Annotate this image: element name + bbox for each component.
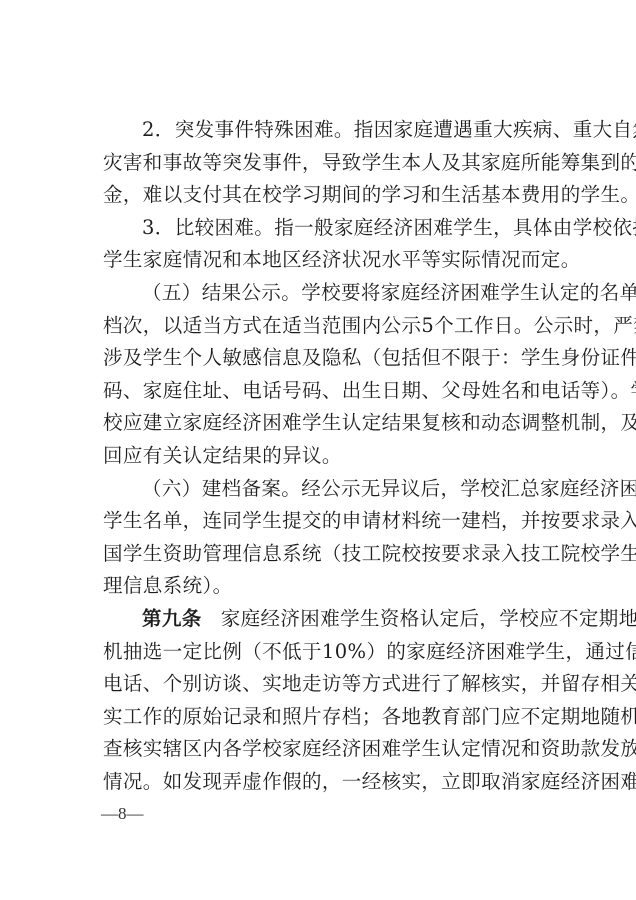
text-span: 家庭经济困难学生资格认定后，学校应不定期地随 bbox=[221, 607, 636, 630]
text-line: 2．突发事件特殊困难。指因家庭遭遇重大疾病、重大自然 bbox=[103, 114, 537, 147]
text-line: 3．比较困难。指一般家庭经济困难学生，具体由学校依据 bbox=[103, 212, 537, 245]
text-line: 校应建立家庭经济困难学生认定结果复核和动态调整机制，及时 bbox=[103, 407, 537, 440]
text-line: 涉及学生个人敏感信息及隐私（包括但不限于：学生身份证件号 bbox=[103, 342, 537, 375]
text-line: 码、家庭住址、电话号码、出生日期、父母姓名和电话等）。学 bbox=[103, 375, 537, 408]
text-line: 第九条家庭经济困难学生资格认定后，学校应不定期地随 bbox=[103, 603, 537, 636]
text-line: （六）建档备案。经公示无异议后，学校汇总家庭经济困难 bbox=[103, 473, 537, 506]
text-line: 电话、个别访谈、实地走访等方式进行了解核实，并留存相关核 bbox=[103, 668, 537, 701]
text-line: 回应有关认定结果的异议。 bbox=[103, 440, 537, 473]
text-line: （五）结果公示。学校要将家庭经济困难学生认定的名单及 bbox=[103, 277, 537, 310]
page-number: —8— bbox=[101, 804, 144, 824]
text-line: 学生名单，连同学生提交的申请材料统一建档，并按要求录入全 bbox=[103, 505, 537, 538]
text-line: 金，难以支付其在校学习期间的学习和生活基本费用的学生。 bbox=[103, 179, 537, 212]
body-text: 2．突发事件特殊困难。指因家庭遭遇重大疾病、重大自然 灾害和事故等突发事件，导致… bbox=[103, 114, 537, 798]
text-line: 灾害和事故等突发事件，导致学生本人及其家庭所能筹集到的资 bbox=[103, 147, 537, 180]
text-line: 国学生资助管理信息系统（技工院校按要求录入技工院校学生管 bbox=[103, 538, 537, 571]
text-line: 实工作的原始记录和照片存档；各地教育部门应不定期地随机抽 bbox=[103, 701, 537, 734]
text-line: 学生家庭情况和本地区经济状况水平等实际情况而定。 bbox=[103, 244, 537, 277]
text-line: 查核实辖区内各学校家庭经济困难学生认定情况和资助款发放 bbox=[103, 733, 537, 766]
text-line: 理信息系统）。 bbox=[103, 570, 537, 603]
article-label: 第九条 bbox=[142, 607, 202, 630]
text-line: 情况。如发现弄虚作假的，一经核实，立即取消家庭经济困难学 bbox=[103, 766, 537, 799]
document-page: 2．突发事件特殊困难。指因家庭遭遇重大疾病、重大自然 灾害和事故等突发事件，导致… bbox=[0, 0, 636, 900]
text-line: 档次，以适当方式在适当范围内公示5个工作日。公示时，严禁 bbox=[103, 310, 537, 343]
text-line: 机抽选一定比例（不低于10%）的家庭经济困难学生，通过信件、 bbox=[103, 636, 537, 669]
